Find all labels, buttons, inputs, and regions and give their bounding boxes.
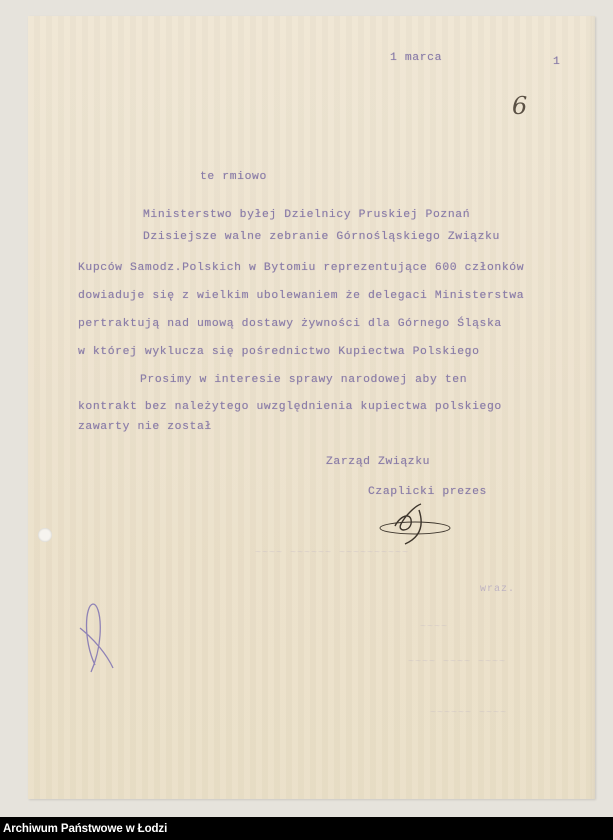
bleed-through-word: wraz. xyxy=(480,584,515,595)
body-line-1: Dzisiejsze walne zebranie Górnośląskiego… xyxy=(143,231,500,243)
archive-name: Archiwum Państwowe w Łodzi xyxy=(3,823,167,835)
archive-footer-bar: Archiwum Państwowe w Łodzi xyxy=(0,817,613,840)
signature-icon xyxy=(375,500,455,550)
body-line-5: w której wyklucza się pośrednictwo Kupie… xyxy=(78,346,480,358)
handwritten-folio-number: 6 xyxy=(512,92,527,120)
body-line-6: Prosimy w interesie sprawy narodowej aby… xyxy=(140,374,467,386)
scan-area: 1 marca 1 6 te rmiowo Ministerstwo byłej… xyxy=(0,0,613,817)
recipient-line: Ministerstwo byłej Dzielnicy Pruskiej Po… xyxy=(143,209,470,221)
body-line-4: pertraktują nad umową dostawy żywności d… xyxy=(78,318,502,330)
punch-hole xyxy=(38,528,52,542)
signatory-line: Czaplicki prezes xyxy=(368,486,487,498)
bleed-through-text: ~~~~ ~~~~ ~~~~ xyxy=(408,657,506,668)
page-number: 1 xyxy=(553,56,560,68)
closing-line: Zarząd Związku xyxy=(326,456,430,468)
body-line-7: kontrakt bez należytego uwzględnienia ku… xyxy=(78,401,502,413)
document-viewer: 1 marca 1 6 te rmiowo Ministerstwo byłej… xyxy=(0,0,613,840)
telegram-type: te rmiowo xyxy=(200,171,267,183)
body-line-8: zawarty nie został xyxy=(78,421,212,433)
body-line-2: Kupców Samodz.Polskich w Bytomiu repreze… xyxy=(78,262,524,274)
bleed-through-text: ~~~~ ~~~~~~ ~~~~~~~~~~ xyxy=(255,548,409,559)
paper-edge xyxy=(589,16,595,799)
handwritten-initials-icon xyxy=(75,600,120,675)
bleed-through-text: ~~~~~~ ~~~~ xyxy=(430,708,507,719)
document-date: 1 marca xyxy=(390,52,442,64)
bleed-through-text: ~~~~ xyxy=(420,622,448,633)
body-line-3: dowiaduje się z wielkim ubolewaniem że d… xyxy=(78,290,524,302)
